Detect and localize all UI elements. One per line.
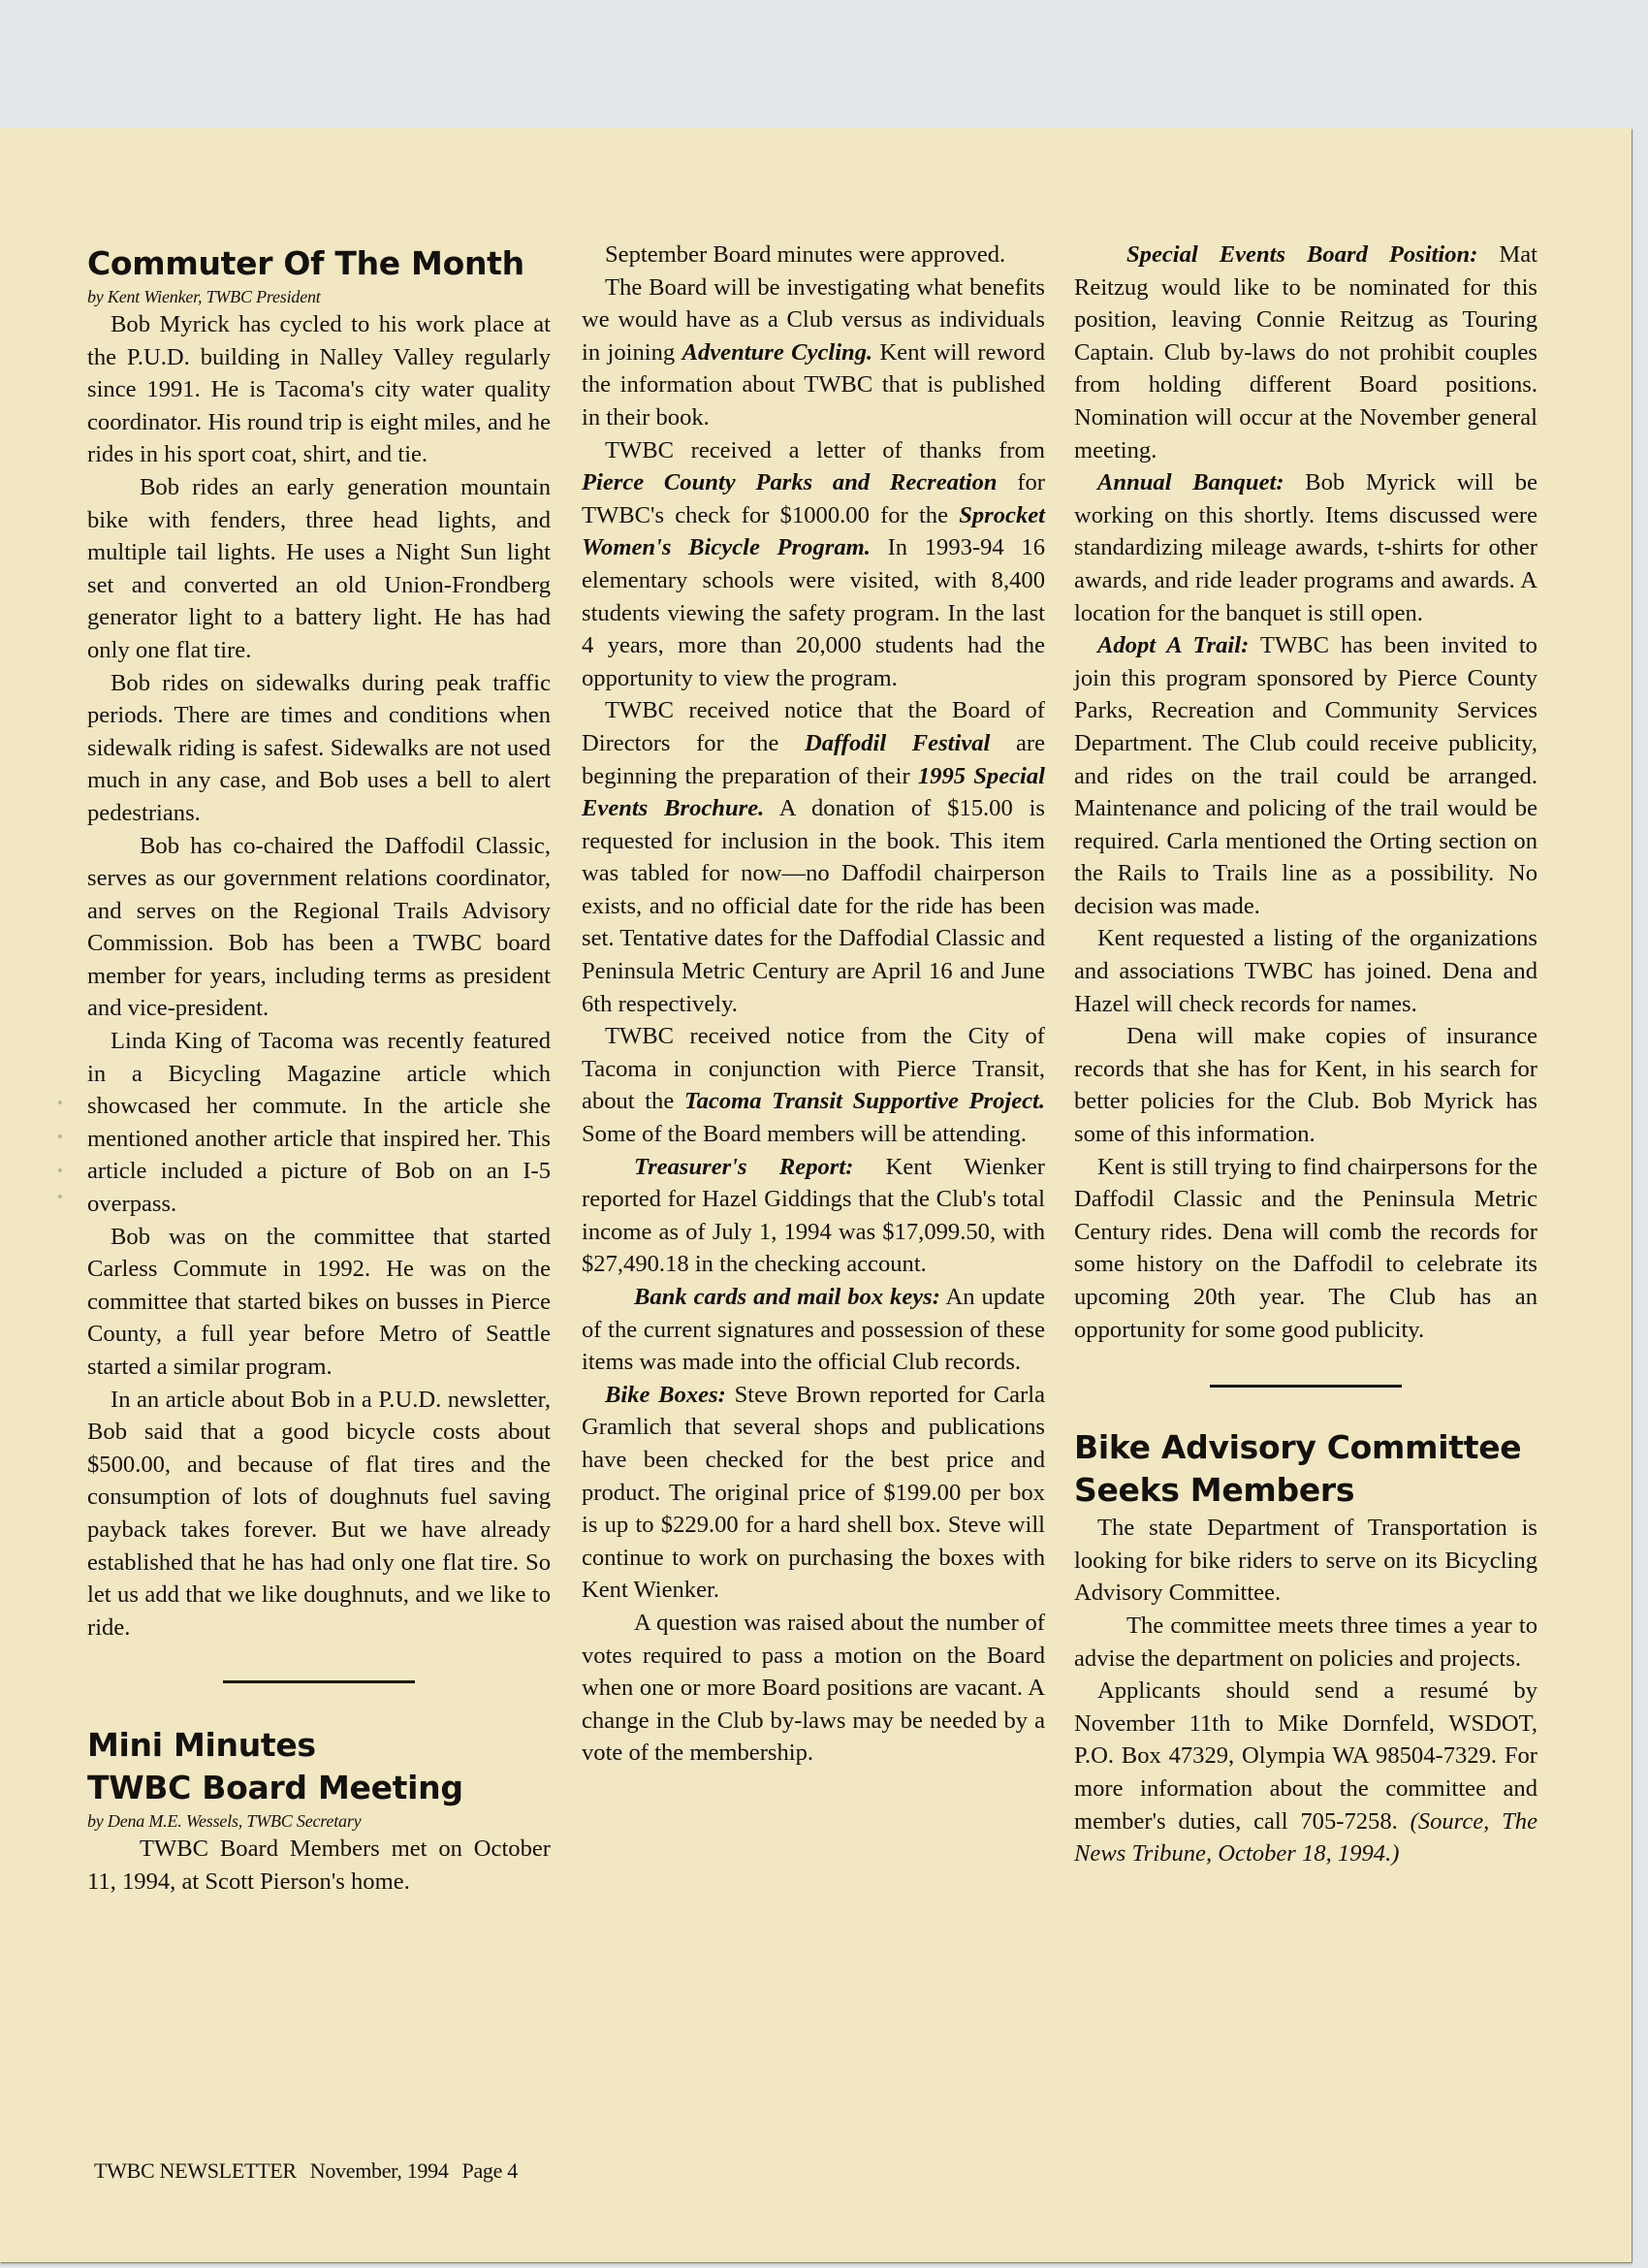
page-footer: TWBC NEWSLETTERNovember, 1994Page 4 <box>94 2158 531 2184</box>
paragraph: Kent requested a listing of the organiza… <box>1074 922 1537 1020</box>
paragraph: TWBC Board Members met on October 11, 19… <box>87 1833 551 1898</box>
staple-mark <box>58 1195 62 1198</box>
article-commuter-of-the-month: Commuter Of The Month by Kent Wienker, T… <box>87 242 551 1644</box>
paragraph: TWBC received notice that the Board of D… <box>582 694 1045 1020</box>
paragraph: Dena will make copies of insurance recor… <box>1074 1020 1537 1150</box>
column-right: Special Events Board Position: Mat Reitz… <box>1074 239 1537 1870</box>
paragraph: Bob was on the committee that started Ca… <box>87 1221 551 1384</box>
paragraph: The Board will be investigating what ben… <box>582 272 1045 434</box>
column-left: Commuter Of The Month by Kent Wienker, T… <box>87 242 551 1899</box>
footer-date: November, 1994 <box>310 2158 449 2183</box>
paragraph: TWBC received a letter of thanks from Pi… <box>582 434 1045 695</box>
article-title: Seeks Members <box>1074 1469 1537 1512</box>
paragraph: A question was raised about the number o… <box>582 1607 1045 1770</box>
treasurer-report: Treasurer's Report: Kent Wienker reporte… <box>582 1151 1045 1281</box>
paragraph: September Board minutes were approved. <box>582 239 1045 272</box>
annual-banquet-item: Annual Banquet: Bob Myrick will be worki… <box>1074 466 1537 629</box>
paragraph: TWBC received notice from the City of Ta… <box>582 1020 1045 1150</box>
adopt-a-trail-item: Adopt A Trail: TWBC has been invited to … <box>1074 629 1537 922</box>
bank-cards-item: Bank cards and mail box keys: An update … <box>582 1281 1045 1379</box>
article-title: TWBC Board Meeting <box>87 1767 551 1809</box>
staple-mark <box>58 1168 62 1172</box>
article-byline: by Kent Wienker, TWBC President <box>87 285 551 308</box>
article-mini-minutes: Mini Minutes TWBC Board Meeting by Dena … <box>87 1724 551 1898</box>
paragraph: The state Department of Transportation i… <box>1074 1512 1537 1610</box>
footer-page-number: Page 4 <box>462 2158 518 2183</box>
paragraph: Bob Myrick has cycled to his work place … <box>87 308 551 471</box>
paragraph: Linda King of Tacoma was recently featur… <box>87 1025 551 1221</box>
article-byline: by Dena M.E. Wessels, TWBC Secretary <box>87 1809 551 1833</box>
special-events-item: Special Events Board Position: Mat Reitz… <box>1074 239 1537 466</box>
staple-mark <box>58 1134 62 1138</box>
paragraph: Applicants should send a resumé by Novem… <box>1074 1675 1537 1870</box>
paragraph: The committee meets three times a year t… <box>1074 1610 1537 1675</box>
bike-boxes-item: Bike Boxes: Steve Brown reported for Car… <box>582 1379 1045 1607</box>
paragraph: Bob has co-chaired the Daffodil Classic,… <box>87 830 551 1026</box>
paragraph: Bob rides an early generation mountain b… <box>87 471 551 667</box>
article-title: Mini Minutes <box>87 1724 551 1767</box>
paragraph: Bob rides on sidewalks during peak traff… <box>87 667 551 830</box>
footer-publication: TWBC NEWSLETTER <box>94 2158 297 2183</box>
article-bike-advisory-committee: Bike Advisory Committee Seeks Members Th… <box>1074 1426 1537 1870</box>
article-title: Commuter Of The Month <box>87 242 551 285</box>
article-title: Bike Advisory Committee <box>1074 1426 1537 1469</box>
staple-mark <box>58 1101 62 1104</box>
paragraph: Kent is still trying to find chairperson… <box>1074 1151 1537 1347</box>
paragraph: In an article about Bob in a P.U.D. news… <box>87 1384 551 1645</box>
column-middle: September Board minutes were approved. T… <box>582 206 1045 1770</box>
